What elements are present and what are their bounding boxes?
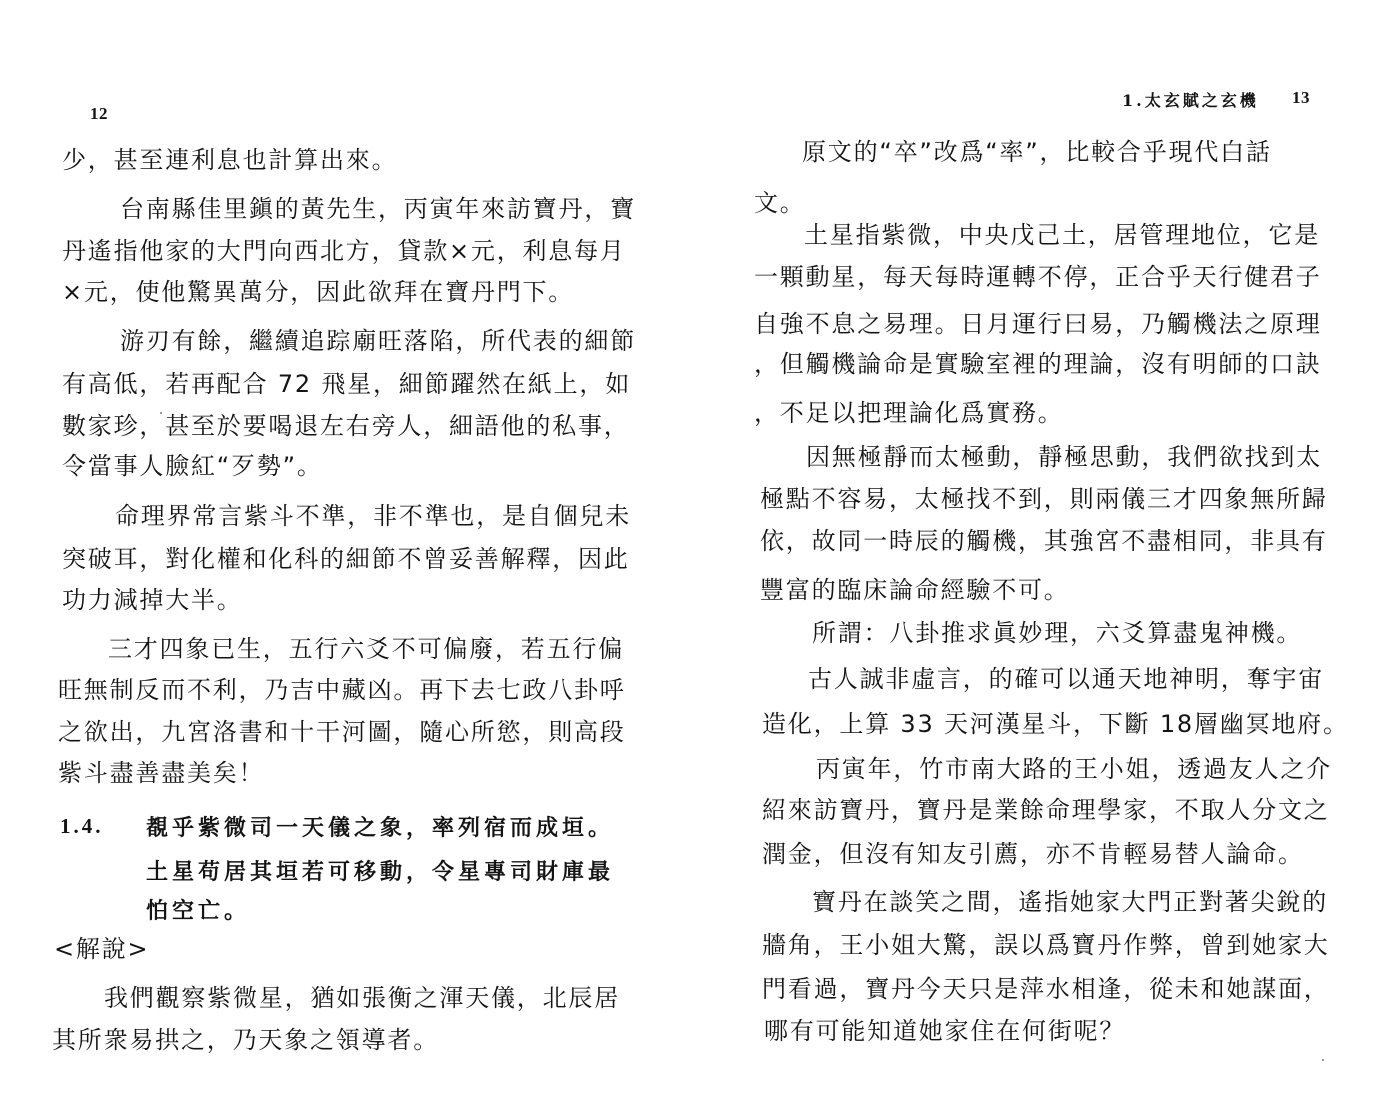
text-line: 有高低，若再配合 72 飛星，細節躍然在紙上，如 (62, 369, 631, 399)
text-line: 功力減掉大半。 (62, 585, 243, 615)
text-line: 數家珍，甚至於要喝退左右旁人，細語他的私事， (62, 411, 630, 441)
text-line: 旺無制反而不利，乃吉中藏凶。再下去七政八卦呼 (58, 675, 626, 705)
verse-line: 覩乎紫微司一天儀之象，率列宿而成垣。 (146, 813, 614, 843)
text-line: 其所衆易拱之，乃天象之領導者。 (52, 1025, 439, 1055)
text-line: 令當事人臉紅“歹勢”。 (62, 451, 323, 481)
page-number: 12 (90, 104, 108, 124)
verse-line: 土星苟居其垣若可移動，令星專司財庫最 (146, 857, 614, 887)
text-line: ，不足以把理論化爲實務。 (754, 398, 1064, 428)
text-line: 一顆動星，每天每時運轉不停，正合乎天行健君子 (754, 262, 1322, 292)
text-line: 古人誠非虛言，的確可以通天地神明，奪宇宙 (808, 664, 1324, 694)
text-line: 紹來訪寶丹，寶丹是業餘命理學家，不取人分文之 (762, 795, 1330, 825)
text-line: 三才四象已生，五行六爻不可偏廢，若五行偏 (108, 634, 624, 664)
text-line: 原文的“卒”改爲“率”，比較合乎現代白話 (802, 137, 1272, 167)
text-line: 極點不容易，太極找不到，則兩儀三才四象無所歸 (760, 484, 1328, 514)
text-line: 門看過，寶丹今天只是萍水相逢，從未和她謀面， (762, 974, 1330, 1004)
text-line: 丹遙指他家的大門向西北方，貸款×元，利息每月 (62, 236, 626, 266)
text-line: 紫斗盡善盡美矣！ (58, 758, 264, 788)
text-line: 自強不息之易理。日月運行曰易，乃觸機法之原理 (754, 309, 1322, 339)
text-line: 所謂：八卦推求眞妙理，六爻算盡鬼神機。 (812, 618, 1302, 648)
text-line: ，但觸機論命是實驗室裡的理論，沒有明師的口訣 (754, 349, 1322, 379)
text-line: 因無極靜而太極動，靜極思動，我們欲找到太 (806, 442, 1322, 472)
text-line: 命理界常言紫斗不準，非不準也，是自個兒未 (115, 501, 631, 531)
text-line: 哪有可能知道她家住在何街呢？ (764, 1016, 1125, 1046)
text-line: 依，故同一時辰的觸機，其強宮不盡相同，非具有 (760, 526, 1328, 556)
text-line: 寶丹在談笑之間，遙指她家大門正對著尖銳的 (812, 887, 1328, 917)
text-line: 造化，上算 33 天河漢星斗，下斷 18層幽冥地府。 (762, 709, 1349, 739)
scan-speck (160, 412, 162, 414)
text-line: 土星指紫微，中央戊己土，居管理地位，它是 (804, 220, 1320, 250)
text-line: 我們觀察紫微星，猶如張衡之渾天儀，北辰居 (104, 983, 620, 1013)
text-line: 游刃有餘，繼續追踪廟旺落陷，所代表的細節 (120, 326, 636, 356)
text-line: 突破耳，對化權和化科的細節不曾妥善解釋，因此 (62, 544, 630, 574)
running-header: 1.太玄賦之玄機 (1122, 88, 1259, 111)
text-line: 文。 (754, 188, 806, 218)
page-number: 13 (1292, 88, 1310, 108)
text-line: 台南縣佳里鎭的黃先生，丙寅年來訪寶丹，寶 (120, 194, 636, 224)
text-line: 潤金，但沒有知友引薦，亦不肯輕易替人論命。 (762, 839, 1304, 869)
text-line: 之欲出，九宮洛書和十干河圖，隨心所慾，則高段 (58, 717, 626, 747)
text-line: 少，甚至連利息也計算出來。 (62, 145, 397, 175)
verse-number: 1.4. (60, 814, 104, 839)
text-line: 豐富的臨床論命經驗不可。 (760, 575, 1070, 605)
left-page: 12 少，甚至連利息也計算出來。 台南縣佳里鎭的黃先生，丙寅年來訪寶丹，寶 丹遙… (0, 0, 698, 1099)
text-line: 丙寅年，竹市南大路的王小姐，透過友人之介 (816, 754, 1332, 784)
verse-line: 怕空亡。 (146, 896, 250, 926)
text-line: ×元，使他驚異萬分，因此欲拜在寶丹門下。 (62, 277, 574, 307)
commentary-heading: <解說> (54, 934, 149, 964)
text-line: 牆角，王小姐大驚，誤以爲寶丹作弊，曾到她家大 (762, 930, 1330, 960)
right-page: 1.太玄賦之玄機 13 原文的“卒”改爲“率”，比較合乎現代白話 文。 土星指紫… (698, 0, 1397, 1099)
scan-speck (1322, 1059, 1324, 1061)
